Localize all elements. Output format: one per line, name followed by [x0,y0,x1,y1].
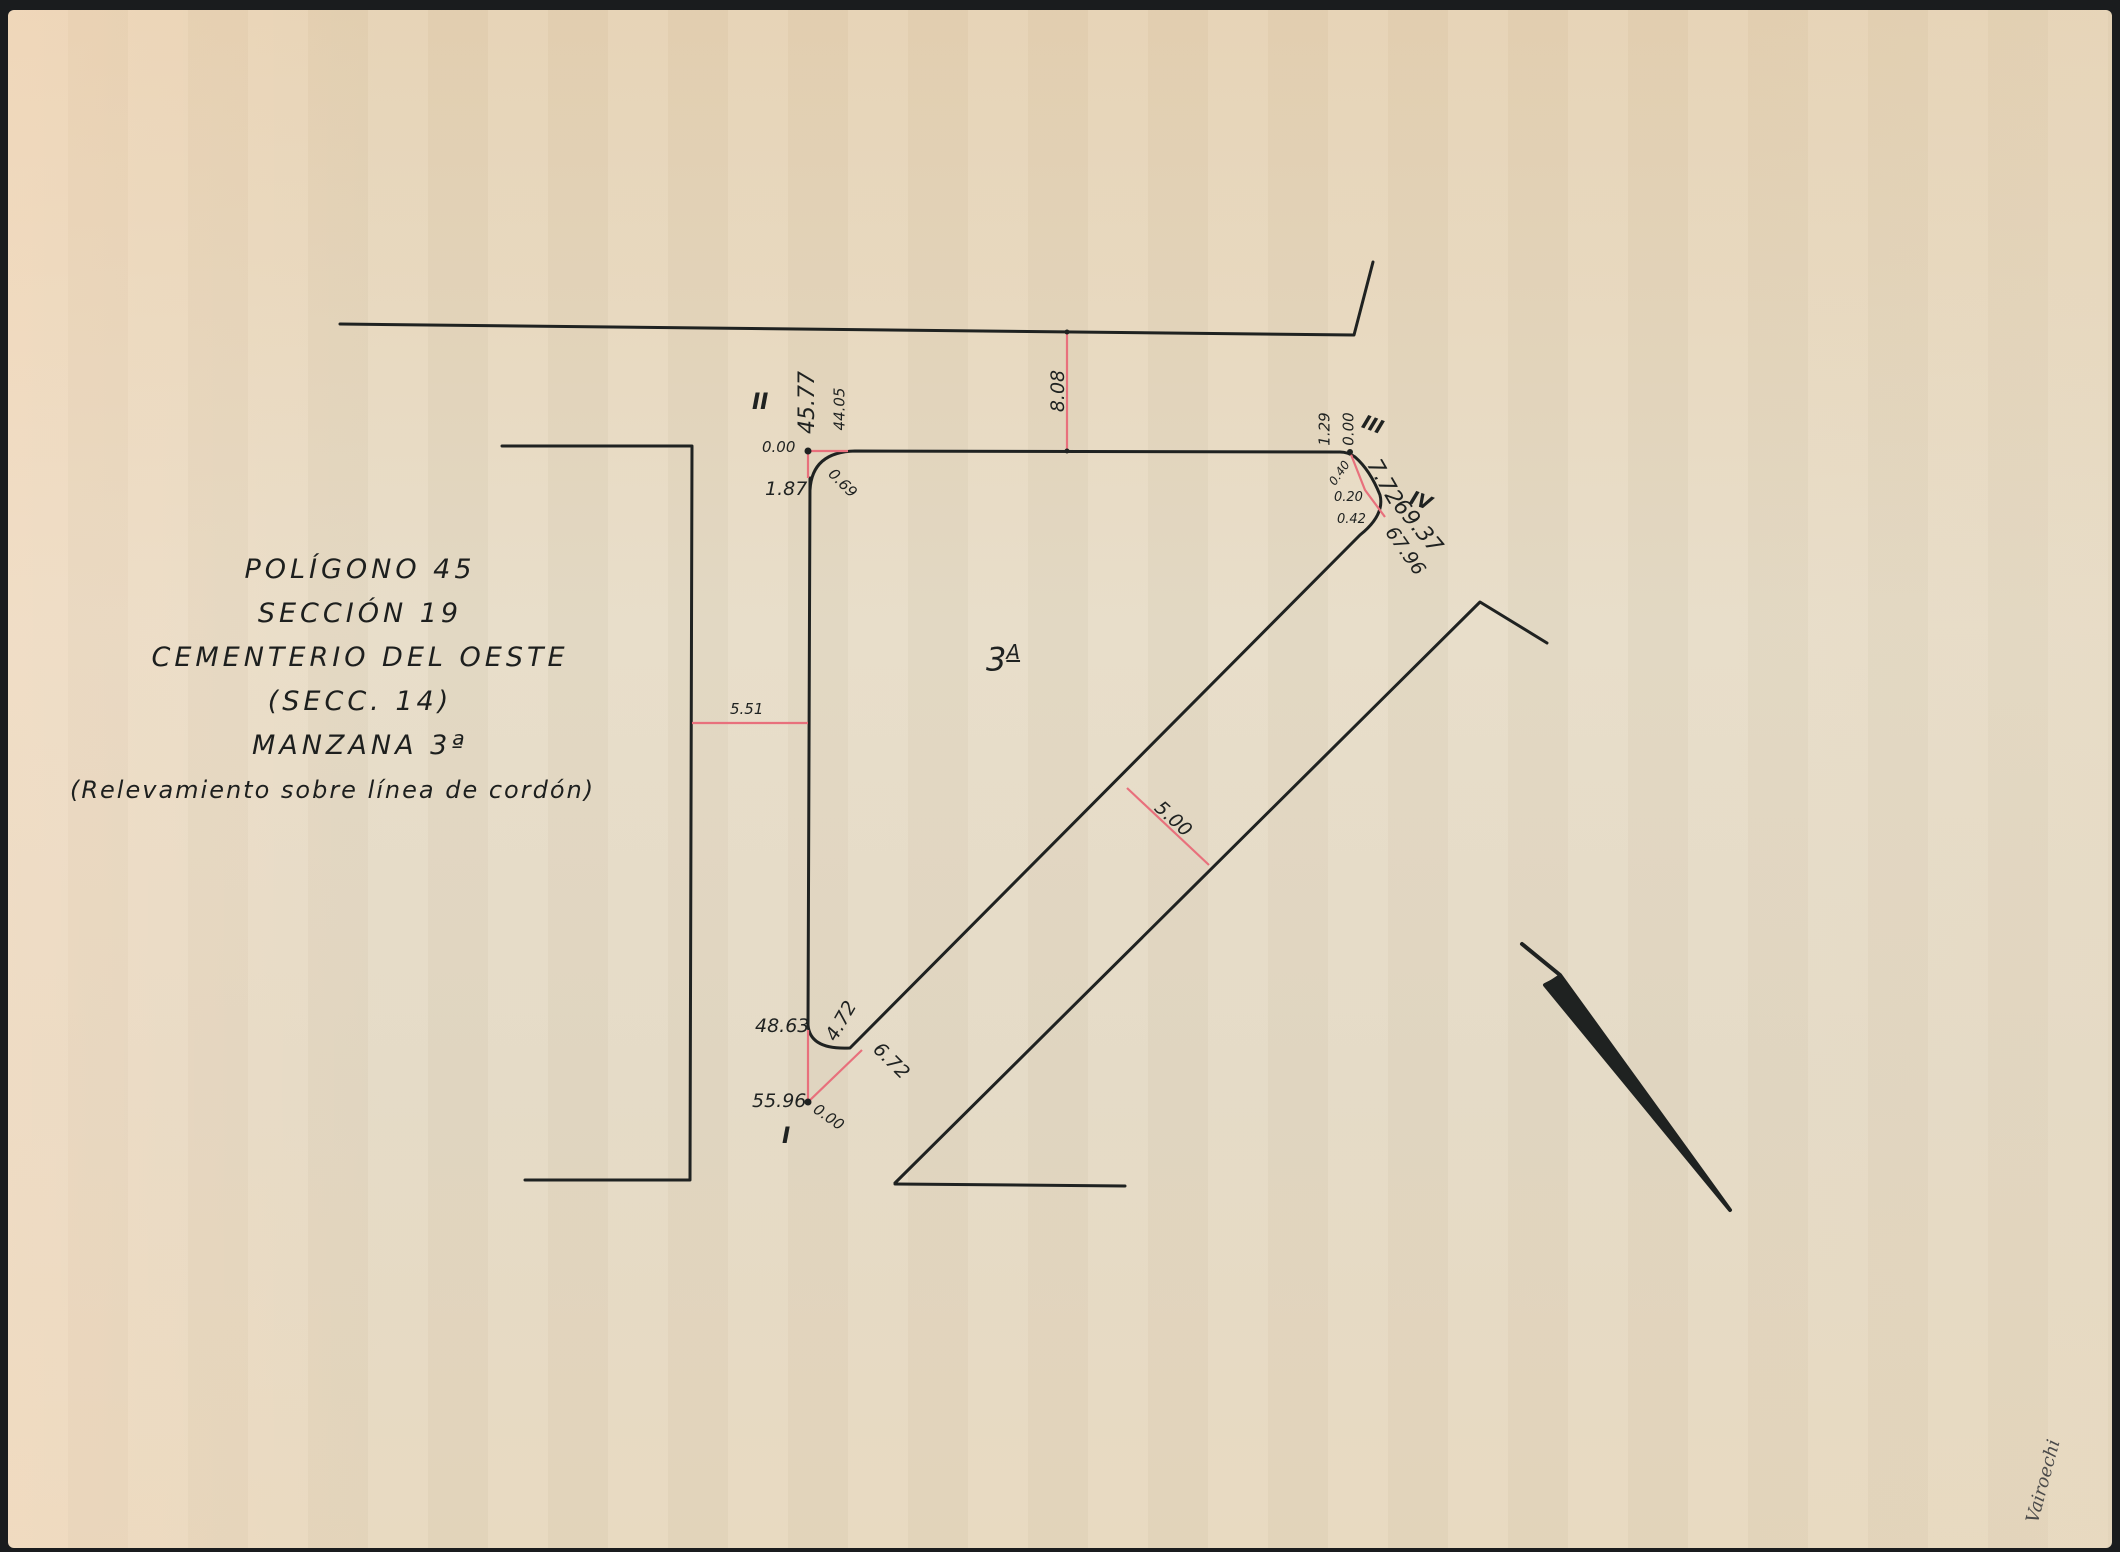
label-8-08: 8.08 [1047,370,1069,412]
vertex-III-offset: 0.00 [1340,412,1358,445]
title-secc: (SECC. 14) [60,680,660,724]
street-line-bottom [895,1184,1125,1186]
title-block: POLÍGONO 45 SECCIÓN 19 CEMENTERIO DEL OE… [60,548,660,812]
title-seccion: SECCIÓN 19 [60,592,660,636]
vertex-I-label: I [782,1124,790,1149]
label-0-20: 0.20 [1334,490,1363,505]
title-manzana: MANZANA 3ª [60,724,660,768]
title-cementerio: CEMENTERIO DEL OESTE [60,636,660,680]
label-48-63: 48.63 [755,1015,809,1037]
vertex-II-progressive: 45.77 [795,371,820,434]
street-line-top [340,262,1373,335]
label-44-05: 44.05 [830,388,848,431]
block-label: 3A [986,640,1020,679]
block-number: 3 [986,641,1006,679]
title-poligono: POLÍGONO 45 [60,548,660,592]
vertex-I-progressive: 55.96 [752,1090,806,1112]
label-1-29: 1.29 [1316,412,1334,445]
title-note: (Relevamiento sobre línea de cordón) [60,768,660,812]
label-1-87: 1.87 [765,478,807,500]
label-0-42: 0.42 [1337,512,1366,527]
label-5-51: 5.51 [730,700,763,718]
street-line-diagonal [895,602,1547,1183]
vertex-II-label: II [752,390,768,415]
vertex-II-offset: 0.00 [762,438,795,456]
block-outline [808,451,1381,1048]
block-letter: A [1006,640,1020,664]
